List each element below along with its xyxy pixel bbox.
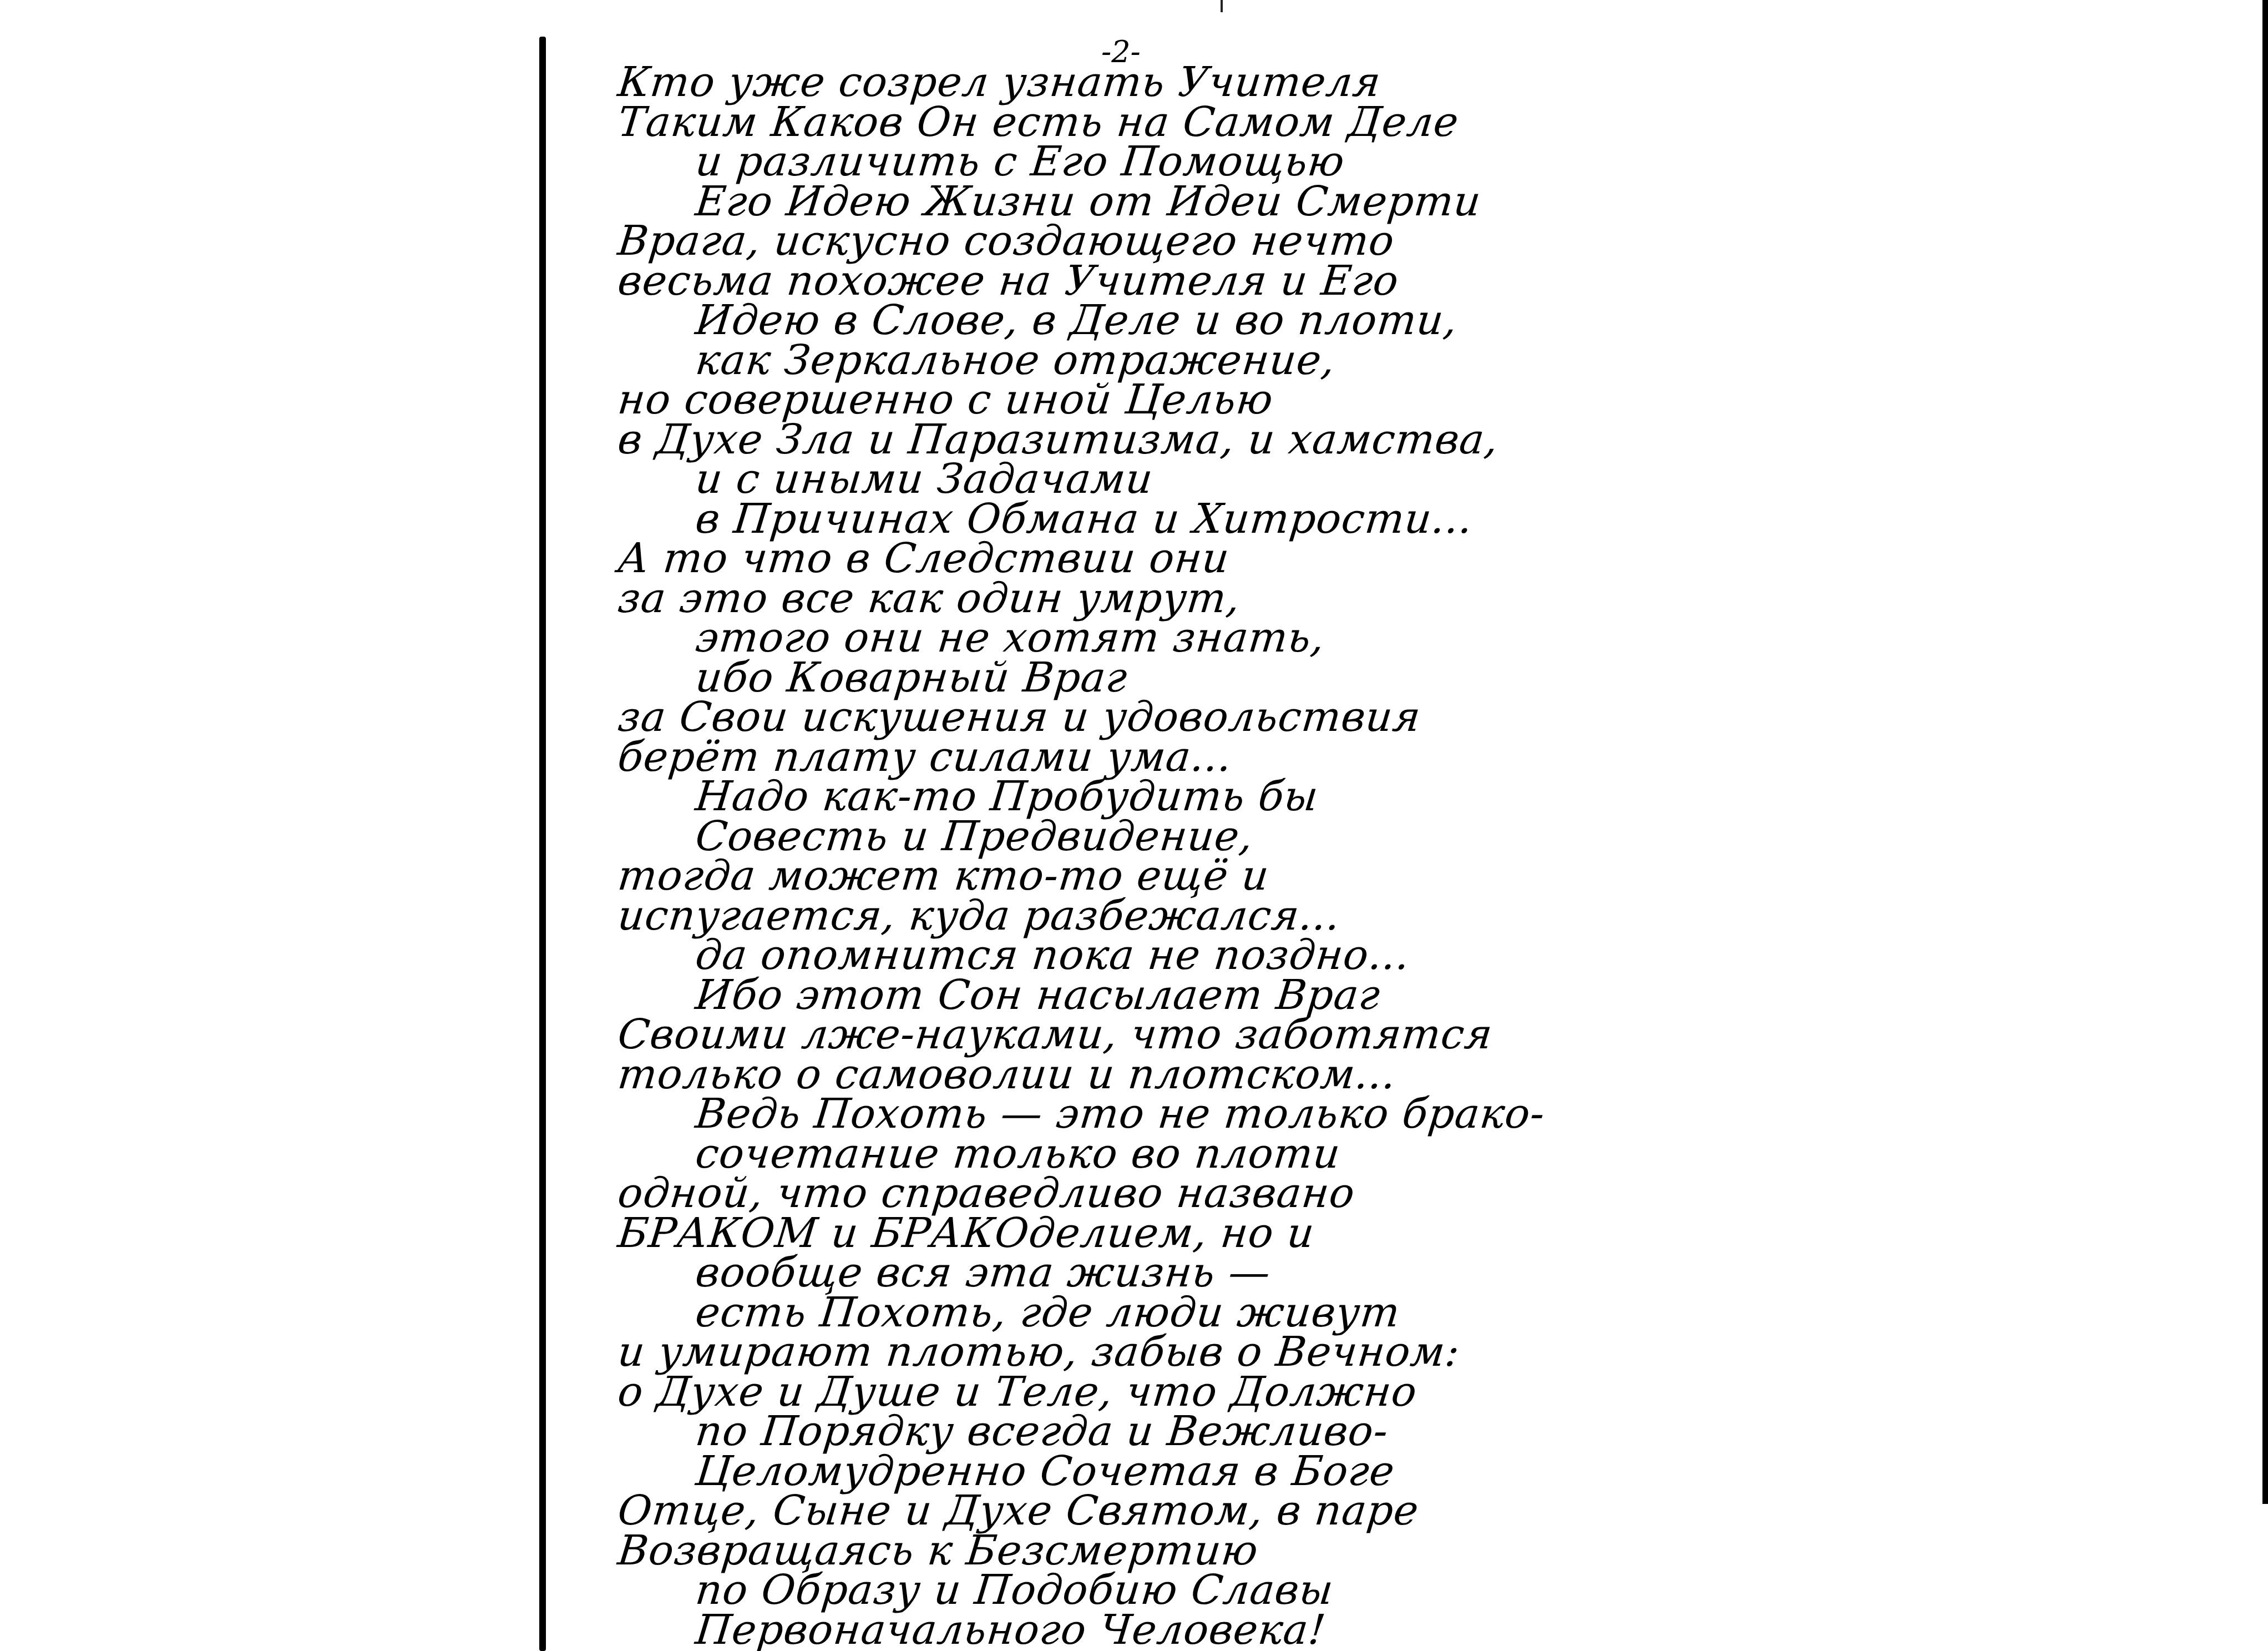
handwritten-line: Врага, искусно создающего нечто	[616, 219, 1396, 263]
handwritten-line: Кто уже созрел узнать Учителя	[616, 60, 1383, 104]
handwritten-line: но совершенно с иной Целью	[616, 377, 1275, 422]
left-margin-line	[539, 37, 546, 1651]
handwritten-line: одной, что справедливо названо	[616, 1171, 1357, 1215]
handwritten-line: вообще вся эта жизнь —	[693, 1250, 1273, 1295]
handwritten-line: Надо как-то Пробудить бы	[693, 774, 1320, 819]
handwritten-line: за Свои искушения и удовольствия	[616, 695, 1423, 739]
handwritten-line: Идею в Слове, в Деле и во плоти,	[693, 298, 1460, 342]
right-page-edge	[2262, 0, 2268, 1504]
handwritten-line: Своими лже-науками, что заботятся	[616, 1012, 1495, 1057]
handwritten-line: Первоначального Человека!	[693, 1608, 1328, 1651]
handwritten-line: и различить с Его Помощью	[693, 139, 1347, 184]
handwritten-line: А то что в Следствии они	[616, 536, 1232, 580]
handwritten-line: Ведь Похоть — это не только брако-	[693, 1092, 1547, 1136]
handwritten-line: этого они не хотят знать,	[693, 615, 1327, 660]
handwritten-line: да опомнится пока не поздно...	[693, 933, 1412, 977]
handwritten-line: по Порядку всегда и Вежливо-	[693, 1409, 1390, 1453]
scan-artifact	[1221, 0, 1223, 12]
handwritten-line: тогда может кто-то ещё и	[616, 854, 1272, 898]
handwritten-line: Отце, Сыне и Духе Святом, в паре	[616, 1488, 1421, 1533]
handwritten-line: и с иными Задачами	[693, 457, 1155, 501]
handwritten-line: и умирают плотью, забыв о Вечном:	[616, 1330, 1462, 1374]
scanned-page: -2- Кто уже созрел узнать УчителяТаким К…	[0, 0, 2268, 1651]
handwritten-line: по Образу и Подобию Славы	[693, 1568, 1336, 1612]
